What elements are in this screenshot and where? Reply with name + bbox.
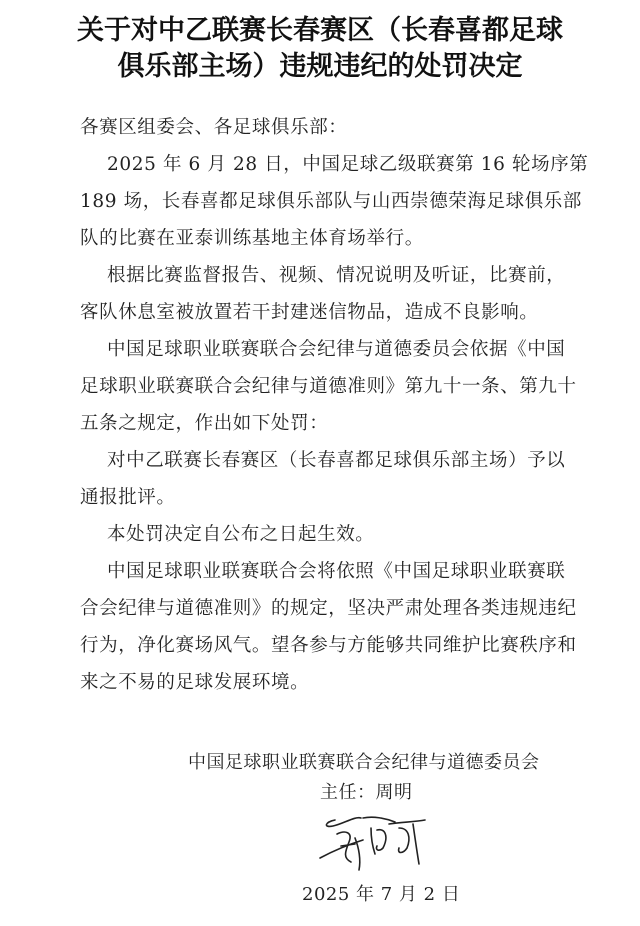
body-line: 行为，净化赛场风气。望各参与方能够共同维护比赛秩序和 xyxy=(80,631,577,657)
body-line: 中国足球职业联赛联合会纪律与道德委员会依据《中国 xyxy=(107,335,565,361)
body-line: 足球职业联赛联合会纪律与道德准则》第九十一条、第九十 xyxy=(80,372,577,398)
body-line: 2025 年 6 月 28 日，中国足球乙级联赛第 16 轮场序第 xyxy=(107,150,588,176)
document-title-line-2: 俱乐部主场）违规违纪的处罚决定 xyxy=(0,44,640,83)
body-line: 根据比赛监督报告、视频、情况说明及听证，比赛前， xyxy=(107,261,565,287)
body-line: 合会纪律与道德准则》的规定，坚决严肃处理各类违规违纪 xyxy=(80,594,577,620)
handwritten-signature-icon xyxy=(315,808,435,878)
body-line: 客队休息室被放置若干封建迷信物品，造成不良影响。 xyxy=(80,298,538,324)
body-line: 本处罚决定自公布之日起生效。 xyxy=(107,520,374,546)
body-line: 来之不易的足球发展环境。 xyxy=(80,668,309,694)
salutation: 各赛区组委会、各足球俱乐部： xyxy=(80,113,347,139)
body-line: 中国足球职业联赛联合会将依照《中国足球职业联赛联 xyxy=(107,557,565,583)
signoff-date: 2025 年 7 月 2 日 xyxy=(302,880,460,906)
signoff-director: 主任：周明 xyxy=(320,778,413,804)
body-line: 五条之规定，作出如下处罚： xyxy=(80,409,328,435)
signoff-organization: 中国足球职业联赛联合会纪律与道德委员会 xyxy=(188,748,540,774)
body-line: 通报批评。 xyxy=(80,483,176,509)
body-line: 189 场，长春喜都足球俱乐部队与山西崇德荣海足球俱乐部 xyxy=(80,187,582,213)
body-line: 队的比赛在亚泰训练基地主体育场举行。 xyxy=(80,224,424,250)
body-line: 对中乙联赛长春赛区（长春喜都足球俱乐部主场）予以 xyxy=(107,446,565,472)
document-title-line-1: 关于对中乙联赛长春赛区（长春喜都足球 xyxy=(0,8,640,47)
